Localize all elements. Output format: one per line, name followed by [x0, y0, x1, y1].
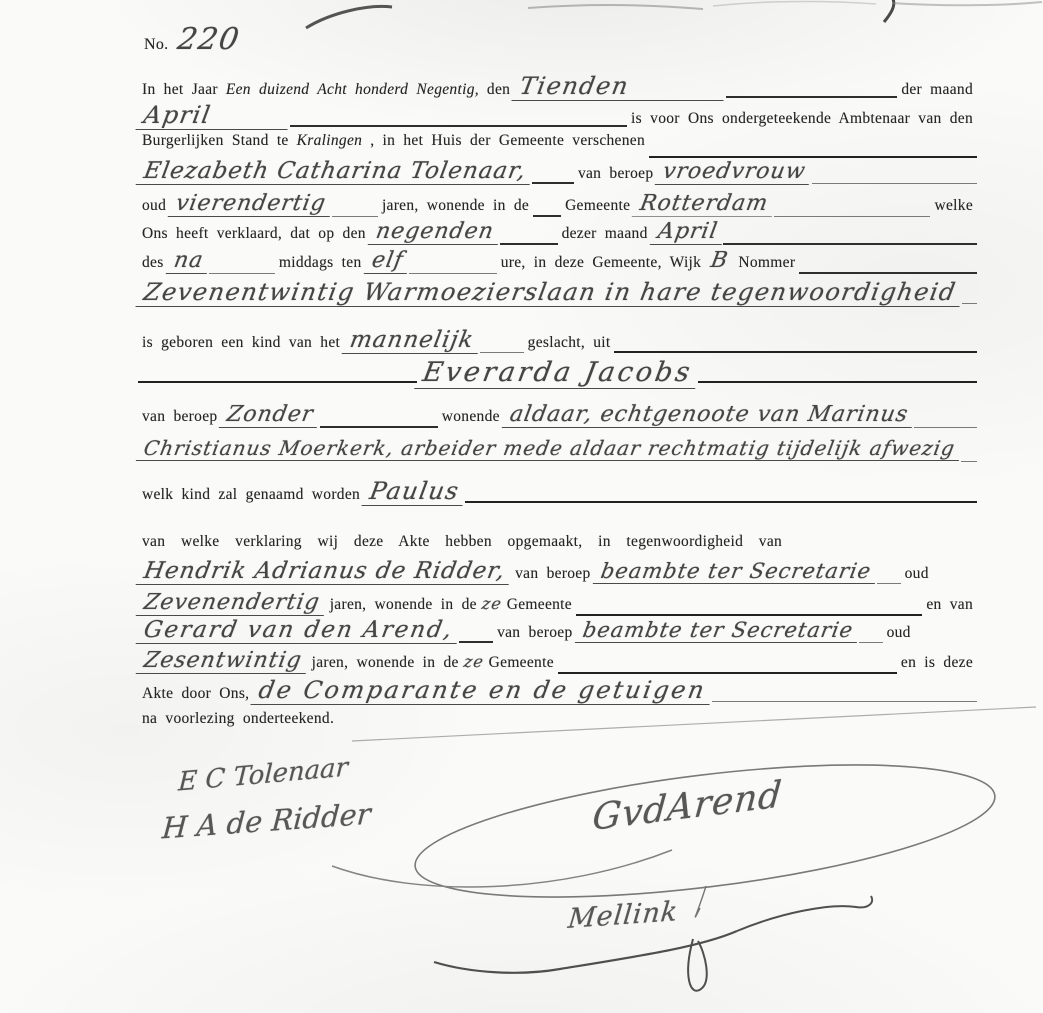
record-number-block: No. 220: [140, 22, 246, 57]
ruled-line: [859, 642, 883, 643]
entry-declarant-residence: Rotterdam: [632, 191, 777, 217]
signature-witness2: GvdArend: [591, 774, 784, 839]
act-line-year: In het Jaar Een duizend Acht honderd Neg…: [138, 72, 977, 102]
entry-witness2-age: Zesentwintig: [136, 648, 310, 674]
printed-text: van welke verklaring wij deze Akte hebbe…: [138, 533, 786, 551]
ruled-line: [138, 381, 417, 383]
printed-text: Gemeente: [561, 197, 634, 215]
act-line-witness2-age: Zesentwintig jaren, wonende in de ze Gem…: [138, 648, 977, 678]
ruled-line: [962, 303, 977, 304]
act-line-witness1: Hendrik Adrianus de Ridder, van beroep b…: [138, 558, 977, 588]
entry-registration-day: Tienden: [512, 72, 729, 101]
printed-text: van beroep: [138, 408, 221, 426]
ruled-line: [961, 461, 977, 462]
entry-signers: de Comparante en de getuigen: [251, 676, 715, 705]
ruled-line: [698, 381, 977, 383]
printed-text: van beroep: [511, 565, 594, 583]
entry-birth-address: Zevenentwintig Warmoezierslaan in hare t…: [135, 278, 964, 307]
signature-registrar: Mellink: [566, 896, 679, 935]
printed-text: geslacht, uit: [524, 334, 615, 352]
entry-witness1-age: Zevenendertig: [136, 590, 328, 616]
ruled-line: [332, 216, 378, 217]
act-line-child-name: welk kind zal genaamd worden Paulus: [138, 477, 977, 507]
printed-text: is geboren een kind van het: [138, 334, 344, 352]
ruled-line: [576, 614, 922, 616]
entry-handwritten-ze: ze: [479, 594, 504, 613]
printed-text: der maand: [897, 81, 977, 99]
birth-certificate-scan: No. 220 In het Jaar Een duizend Acht hon…: [0, 0, 1043, 1013]
printed-text: van beroep: [574, 165, 657, 183]
printed-text: Nommer: [734, 254, 799, 272]
entry-birth-day: negenden: [368, 219, 502, 245]
act-line-declarant: Elezabeth Catharina Tolenaar, van beroep…: [138, 158, 977, 188]
printed-text: Burgerlijken Stand te: [138, 132, 293, 150]
entry-declarant-age: vierendertig: [168, 191, 334, 217]
act-line-gender: is geboren een kind van het mannelijk ge…: [138, 327, 977, 357]
ruled-line: [532, 182, 574, 184]
printed-text: oud: [883, 624, 915, 642]
entry-mother-profession: Zonder: [219, 402, 322, 428]
printed-text: den: [483, 81, 514, 99]
entry-wijk-letter: B: [703, 248, 737, 273]
ruled-line: [465, 501, 977, 503]
ruled-line: [290, 125, 627, 127]
printed-text: des: [138, 254, 168, 272]
printed-text: van beroep: [493, 624, 576, 642]
ruled-line: [320, 426, 438, 428]
printed-text: jaren, wonende in de: [308, 654, 463, 672]
printed-text: Ons heeft verklaard, dat op den: [138, 225, 370, 243]
entry-child-name: Paulus: [362, 477, 468, 506]
printed-text: Akte door Ons,: [138, 685, 253, 703]
entry-birth-hour: elf: [363, 248, 411, 274]
printed-text: jaren, wonende in de: [326, 596, 481, 614]
entry-handwritten-ze: ze: [461, 652, 486, 671]
printed-municipality: Kralingen: [293, 132, 367, 150]
printed-text: wonende: [438, 408, 504, 426]
ruled-line: [726, 96, 897, 98]
ruled-line: [723, 243, 977, 245]
ruled-line: [558, 672, 897, 674]
ruled-line: [209, 273, 275, 274]
ruled-line: [533, 215, 561, 217]
printed-text: na voorlezing onderteekend.: [138, 710, 338, 728]
entry-gender: mannelijk: [342, 327, 482, 354]
ruled-line: [914, 427, 977, 428]
entry-declarant-profession: vroedvrouw: [655, 159, 814, 185]
entry-father-clause: Christianus Moerkerk, arbeider mede alda…: [136, 436, 963, 461]
act-line-mother-profession: van beroep Zonder wonende aldaar, echtge…: [138, 402, 977, 432]
printed-text: oud: [138, 197, 170, 215]
printed-text: In het Jaar: [138, 81, 222, 99]
printed-text: jaren, wonende in de: [378, 197, 533, 215]
signature-witness1: H A de Ridder: [161, 797, 372, 846]
act-line-mother-name: Everarda Jacobs: [138, 357, 977, 387]
printed-text: is voor Ons ondergeteekende Ambtenaar va…: [627, 110, 977, 128]
printed-text: , in het Huis der Gemeente verschenen: [366, 132, 649, 150]
act-line-signers: Akte door Ons, de Comparante en de getui…: [138, 676, 977, 706]
entry-birth-month: April: [649, 219, 725, 245]
entry-mother-name: Everarda Jacobs: [414, 357, 701, 389]
printed-text: Gemeente: [485, 654, 558, 672]
record-number-label: No.: [140, 36, 172, 54]
ruled-line: [877, 583, 901, 584]
printed-year-text: Een duizend Acht honderd Negentig,: [222, 81, 483, 99]
ruled-line: [812, 183, 977, 184]
act-line-witness2: Gerard van den Arend, van beroep beambte…: [138, 617, 977, 647]
printed-text: dezer maand: [558, 225, 652, 243]
ruled-line: [409, 273, 497, 274]
entry-registration-month: April: [135, 101, 292, 130]
entry-mother-residence: aldaar, echtgenoote van Marinus: [502, 402, 917, 428]
act-line-birth-date: Ons heeft verklaard, dat op den negenden…: [138, 219, 977, 249]
ruled-line: [712, 701, 977, 702]
act-line-witness1-age: Zevenendertig jaren, wonende in de ze Ge…: [138, 590, 977, 620]
printed-text: oud: [901, 565, 933, 583]
entry-declarant-name: Elezabeth Catharina Tolenaar,: [136, 158, 535, 185]
entry-witness1-name: Hendrik Adrianus de Ridder,: [136, 558, 514, 585]
printed-text: en is deze: [897, 654, 977, 672]
entry-witness2-name: Gerard van den Arend,: [136, 617, 462, 644]
entry-witness1-profession: beambte ter Secretarie: [592, 559, 878, 584]
printed-text: welke: [930, 197, 977, 215]
act-line-father: Christianus Moerkerk, arbeider mede alda…: [138, 436, 977, 466]
printed-text: ure, in deze Gemeente, Wijk: [497, 254, 706, 272]
printed-text: middags ten: [275, 254, 366, 272]
act-line-declarant-age: oud vierendertig jaren, wonende in de Ge…: [138, 191, 977, 221]
act-line-closing: na voorlezing onderteekend.: [138, 710, 977, 740]
ruled-line: [614, 351, 977, 353]
signature-declarant: E C Tolenaar: [178, 752, 349, 797]
printed-text: Gemeente: [503, 596, 576, 614]
entry-record-number: 220: [169, 22, 249, 57]
ruled-line: [774, 216, 930, 217]
ruled-line: [459, 641, 493, 643]
entry-daypart: na: [165, 248, 211, 274]
ruled-line: [799, 272, 977, 274]
ruled-line: [500, 243, 558, 245]
act-line-birth-time: des na middags ten elf ure, in deze Geme…: [138, 248, 977, 278]
act-line-address: Zevenentwintig Warmoezierslaan in hare t…: [138, 278, 977, 308]
printed-text: en van: [922, 596, 977, 614]
entry-witness2-profession: beambte ter Secretarie: [574, 618, 860, 643]
printed-text: welk kind zal genaamd worden: [138, 486, 364, 504]
act-line-month: April is voor Ons ondergeteekende Ambten…: [138, 101, 977, 131]
ruled-line: [480, 352, 524, 353]
